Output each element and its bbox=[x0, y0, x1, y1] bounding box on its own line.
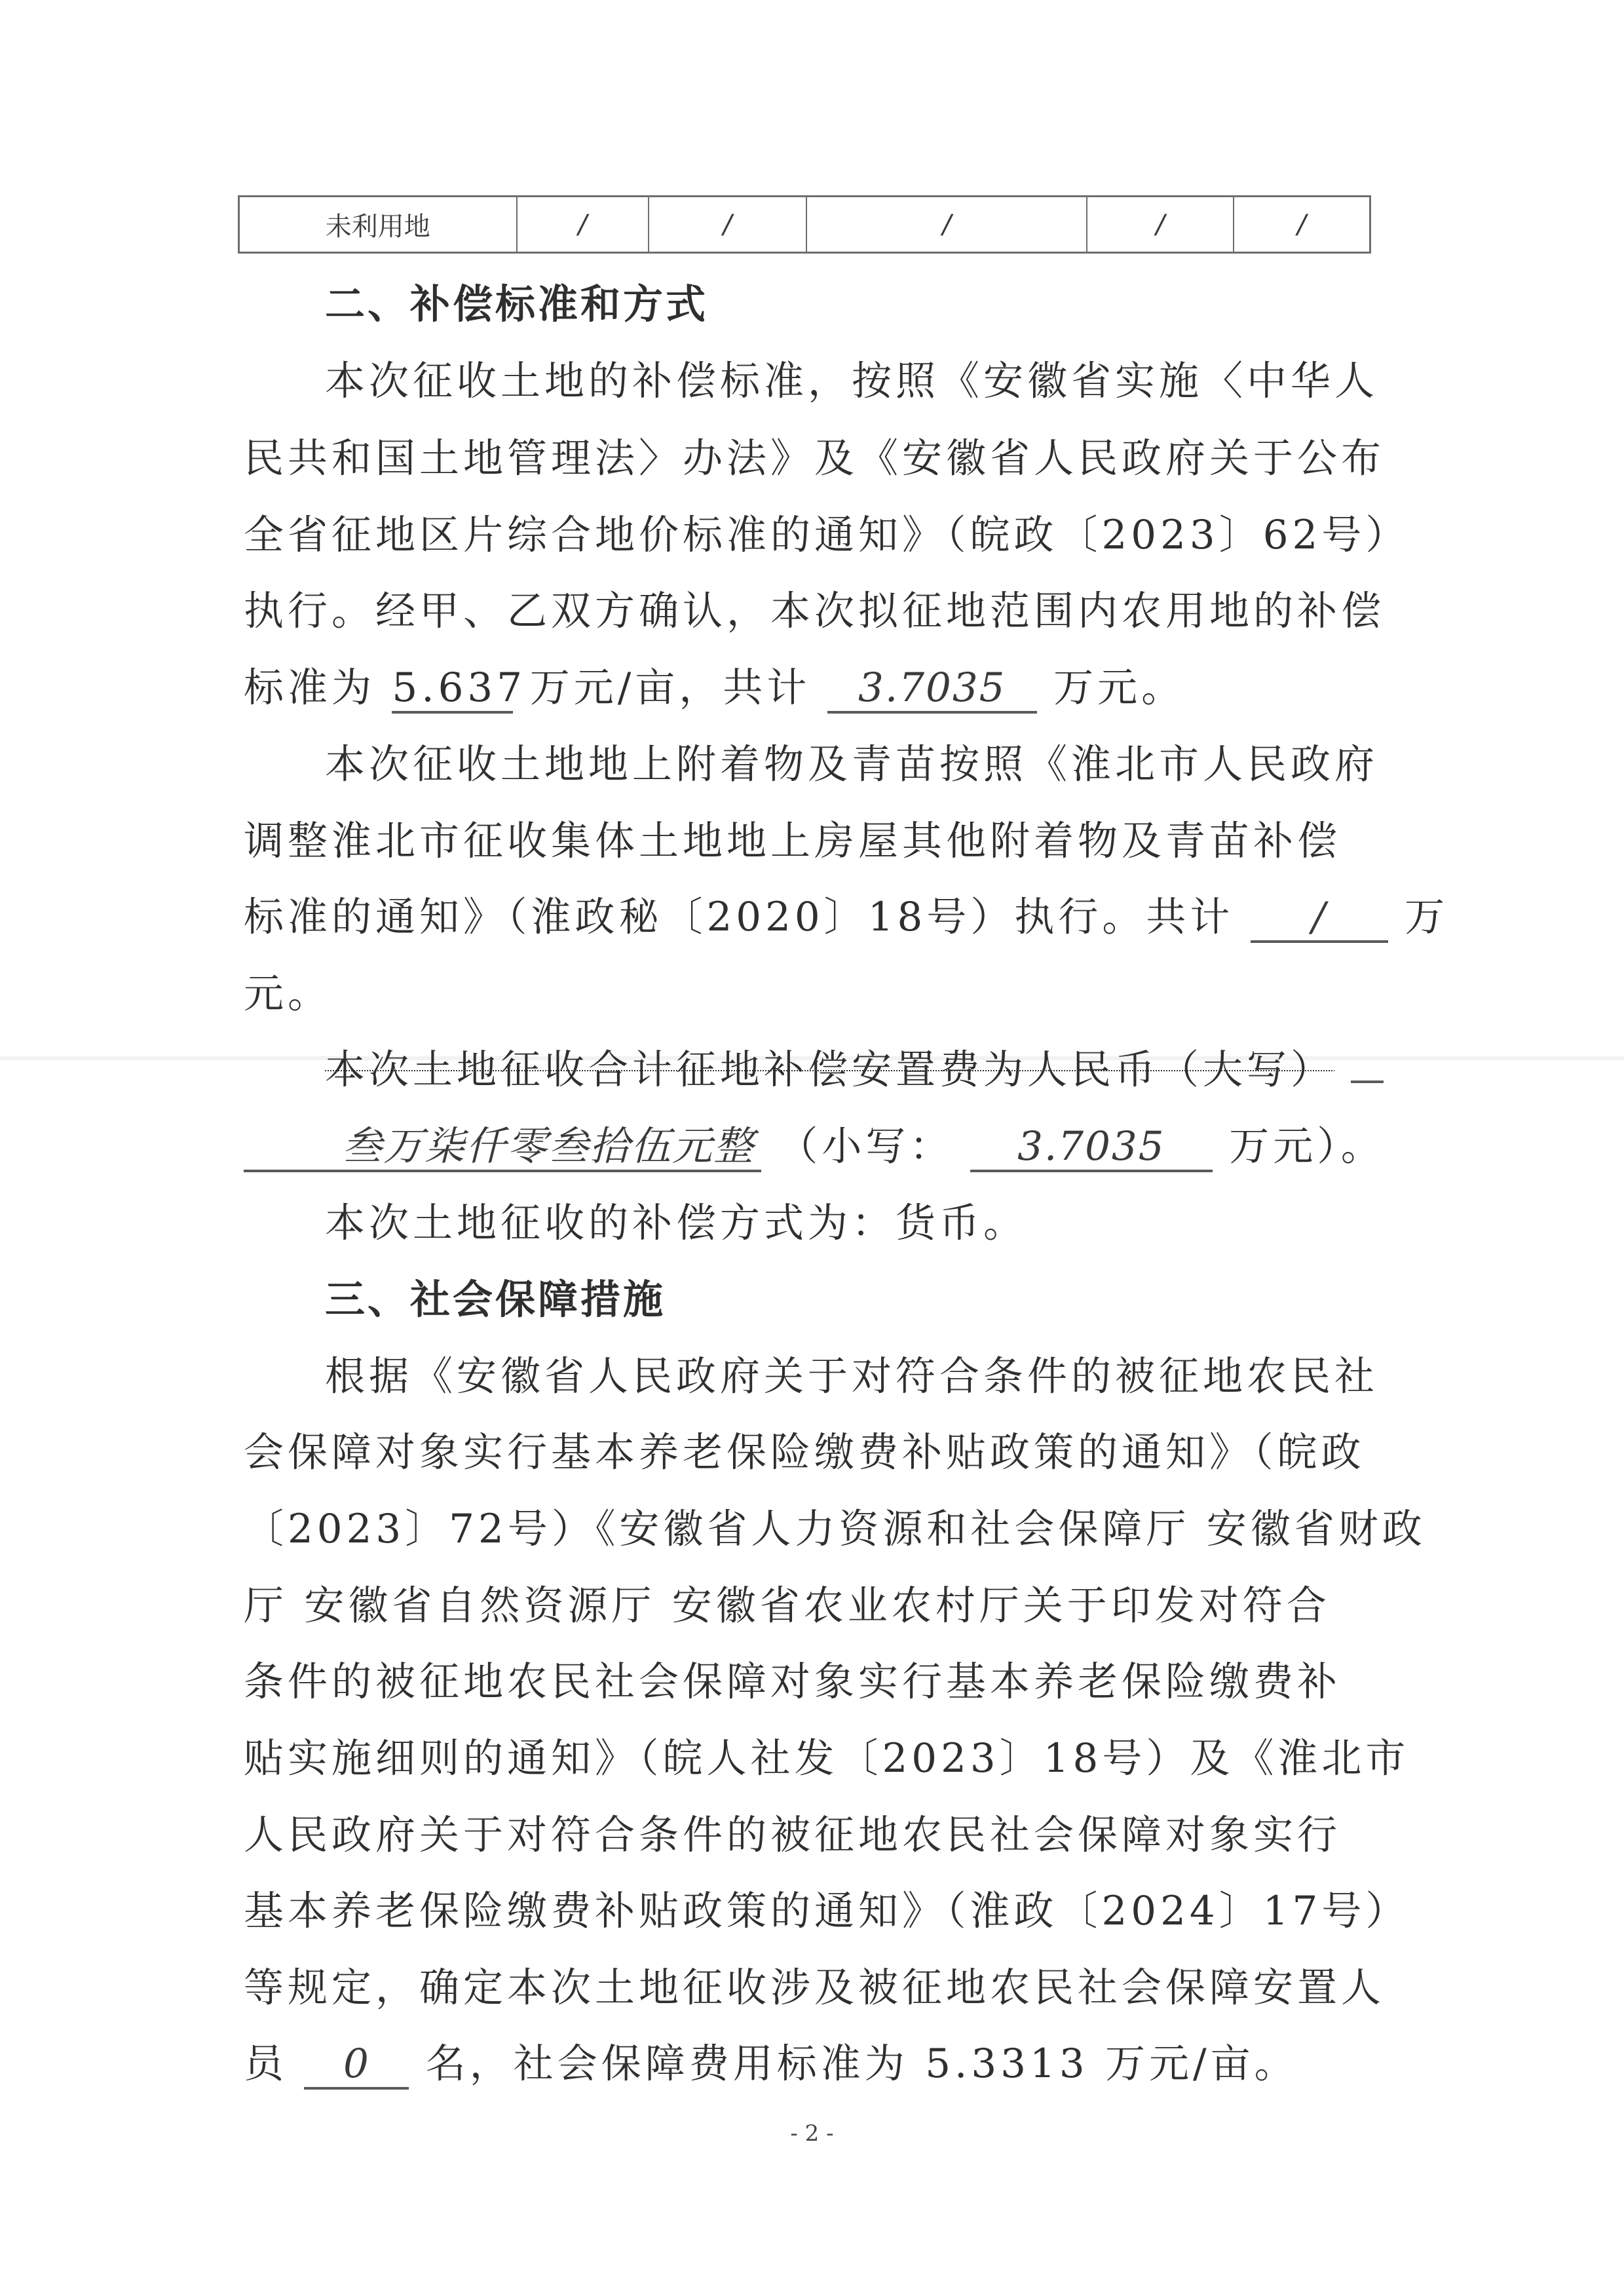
page-number: - 2 - bbox=[0, 2120, 1624, 2147]
paragraph-line: 等规定，确定本次土地征收涉及被征地农民社会保障安置人 bbox=[244, 1962, 1384, 2014]
document-page: 未利用地 / / / / / 二、补偿标准和方式 本次征收土地的补偿标准，按照《… bbox=[0, 0, 1624, 2296]
paragraph-line: 本次征收土地地上附着物及青苗按照《淮北市人民政府 bbox=[244, 738, 1465, 791]
table-cell-value: / bbox=[649, 197, 807, 252]
section-heading-compensation: 二、补偿标准和方式 bbox=[244, 278, 1465, 331]
total-fee-label: 本次土地征收合计征地补偿安置费为人民币（大写） bbox=[325, 1046, 1334, 1093]
amount-small-suffix: 万元）。 bbox=[1229, 1123, 1385, 1170]
persons-suffix: 名，社会保障费用标准为 5.3313 万元/亩。 bbox=[426, 2040, 1298, 2087]
paragraph-line-amounts: 叁万柒仟零叁拾伍元整 （小写： 3.7035 万元）。 bbox=[244, 1120, 1384, 1173]
amount-small-prefix: （小写： bbox=[778, 1123, 953, 1170]
paragraph-line-persons: 员 0 名，社会保障费用标准为 5.3313 万元/亩。 bbox=[244, 2038, 1384, 2090]
paragraph-line: 本次征收土地的补偿标准，按照《安徽省实施〈中华人 bbox=[244, 355, 1465, 408]
table-cell-value: / bbox=[807, 197, 1088, 252]
paragraph-line: 会保障对象实行基本养老保险缴费补贴政策的通知》（皖政 bbox=[244, 1426, 1384, 1479]
paragraph-line-attachments: 标准的通知》（淮政秘〔2020〕18号）执行。共计 / 万 bbox=[244, 891, 1384, 944]
paragraph-line: 基本养老保险缴费补贴政策的通知》（淮政〔2024〕17号） bbox=[244, 1885, 1384, 1938]
amount-lower-field-handwritten: 3.7035 bbox=[970, 1124, 1213, 1172]
rate-unit: 万元/亩，共计 bbox=[530, 664, 811, 711]
paragraph-line: 根据《安徽省人民政府关于对符合条件的被征地农民社 bbox=[244, 1350, 1465, 1403]
attachments-suffix: 万 bbox=[1405, 894, 1448, 940]
paragraph-line: 厅 安徽省自然资源厅 安徽省农业农村厅关于印发对符合 bbox=[244, 1580, 1384, 1632]
total-unit: 万元。 bbox=[1053, 664, 1185, 711]
paragraph-line: 条件的被征地农民社会保障对象实行基本养老保险缴费补 bbox=[244, 1656, 1384, 1708]
paragraph-line: 元。 bbox=[244, 968, 1384, 1020]
persons-value-field-handwritten: 0 bbox=[304, 2041, 409, 2090]
paragraph-line: 人民政府关于对符合条件的被征地农民社会保障对象实行 bbox=[244, 1809, 1384, 1862]
table-cell-value: / bbox=[1234, 197, 1369, 252]
attachments-value-field-handwritten: / bbox=[1251, 894, 1388, 943]
attachments-prefix: 标准的通知》（淮政秘〔2020〕18号）执行。共计 bbox=[244, 894, 1234, 940]
paragraph-line: 全省征地区片综合地价标准的通知》（皖政〔2023〕62号） bbox=[244, 509, 1384, 562]
blank-underline bbox=[1351, 1081, 1384, 1083]
paragraph-line-rate: 标准为 5.637 万元/亩，共计 3.7035 万元。 bbox=[244, 662, 1384, 714]
section-heading-social-security: 三、社会保障措施 bbox=[244, 1274, 1465, 1326]
rate-prefix: 标准为 bbox=[244, 664, 375, 711]
rate-value-field: 5.637 bbox=[392, 665, 513, 714]
table-cell-value: / bbox=[518, 197, 649, 252]
paragraph-line: 调整淮北市征收集体土地地上房屋其他附着物及青苗补偿 bbox=[244, 815, 1384, 868]
paragraph-line: 〔2023〕72号）《安徽省人力资源和社会保障厅 安徽省财政 bbox=[244, 1503, 1384, 1556]
paragraph-line-payment-method: 本次土地征收的补偿方式为：货币。 bbox=[244, 1197, 1465, 1250]
land-table-row-unused-land: 未利用地 / / / / / bbox=[238, 195, 1371, 254]
total-value-field-handwritten: 3.7035 bbox=[827, 665, 1037, 714]
table-cell-value: / bbox=[1087, 197, 1234, 252]
paragraph-line: 贴实施细则的通知》（皖人社发〔2023〕18号）及《淮北市 bbox=[244, 1732, 1384, 1785]
persons-prefix: 员 bbox=[244, 2040, 288, 2087]
paragraph-line: 执行。经甲、乙双方确认，本次拟征地范围内农用地的补偿 bbox=[244, 585, 1384, 638]
amount-upper-field-handwritten: 叁万柒仟零叁拾伍元整 bbox=[244, 1124, 761, 1172]
table-cell-land-type: 未利用地 bbox=[240, 197, 518, 252]
paragraph-line-total-fee: 本次土地征收合计征地补偿安置费为人民币（大写） bbox=[244, 1044, 1465, 1096]
paragraph-line: 民共和国土地管理法〉办法》及《安徽省人民政府关于公布 bbox=[244, 432, 1384, 485]
